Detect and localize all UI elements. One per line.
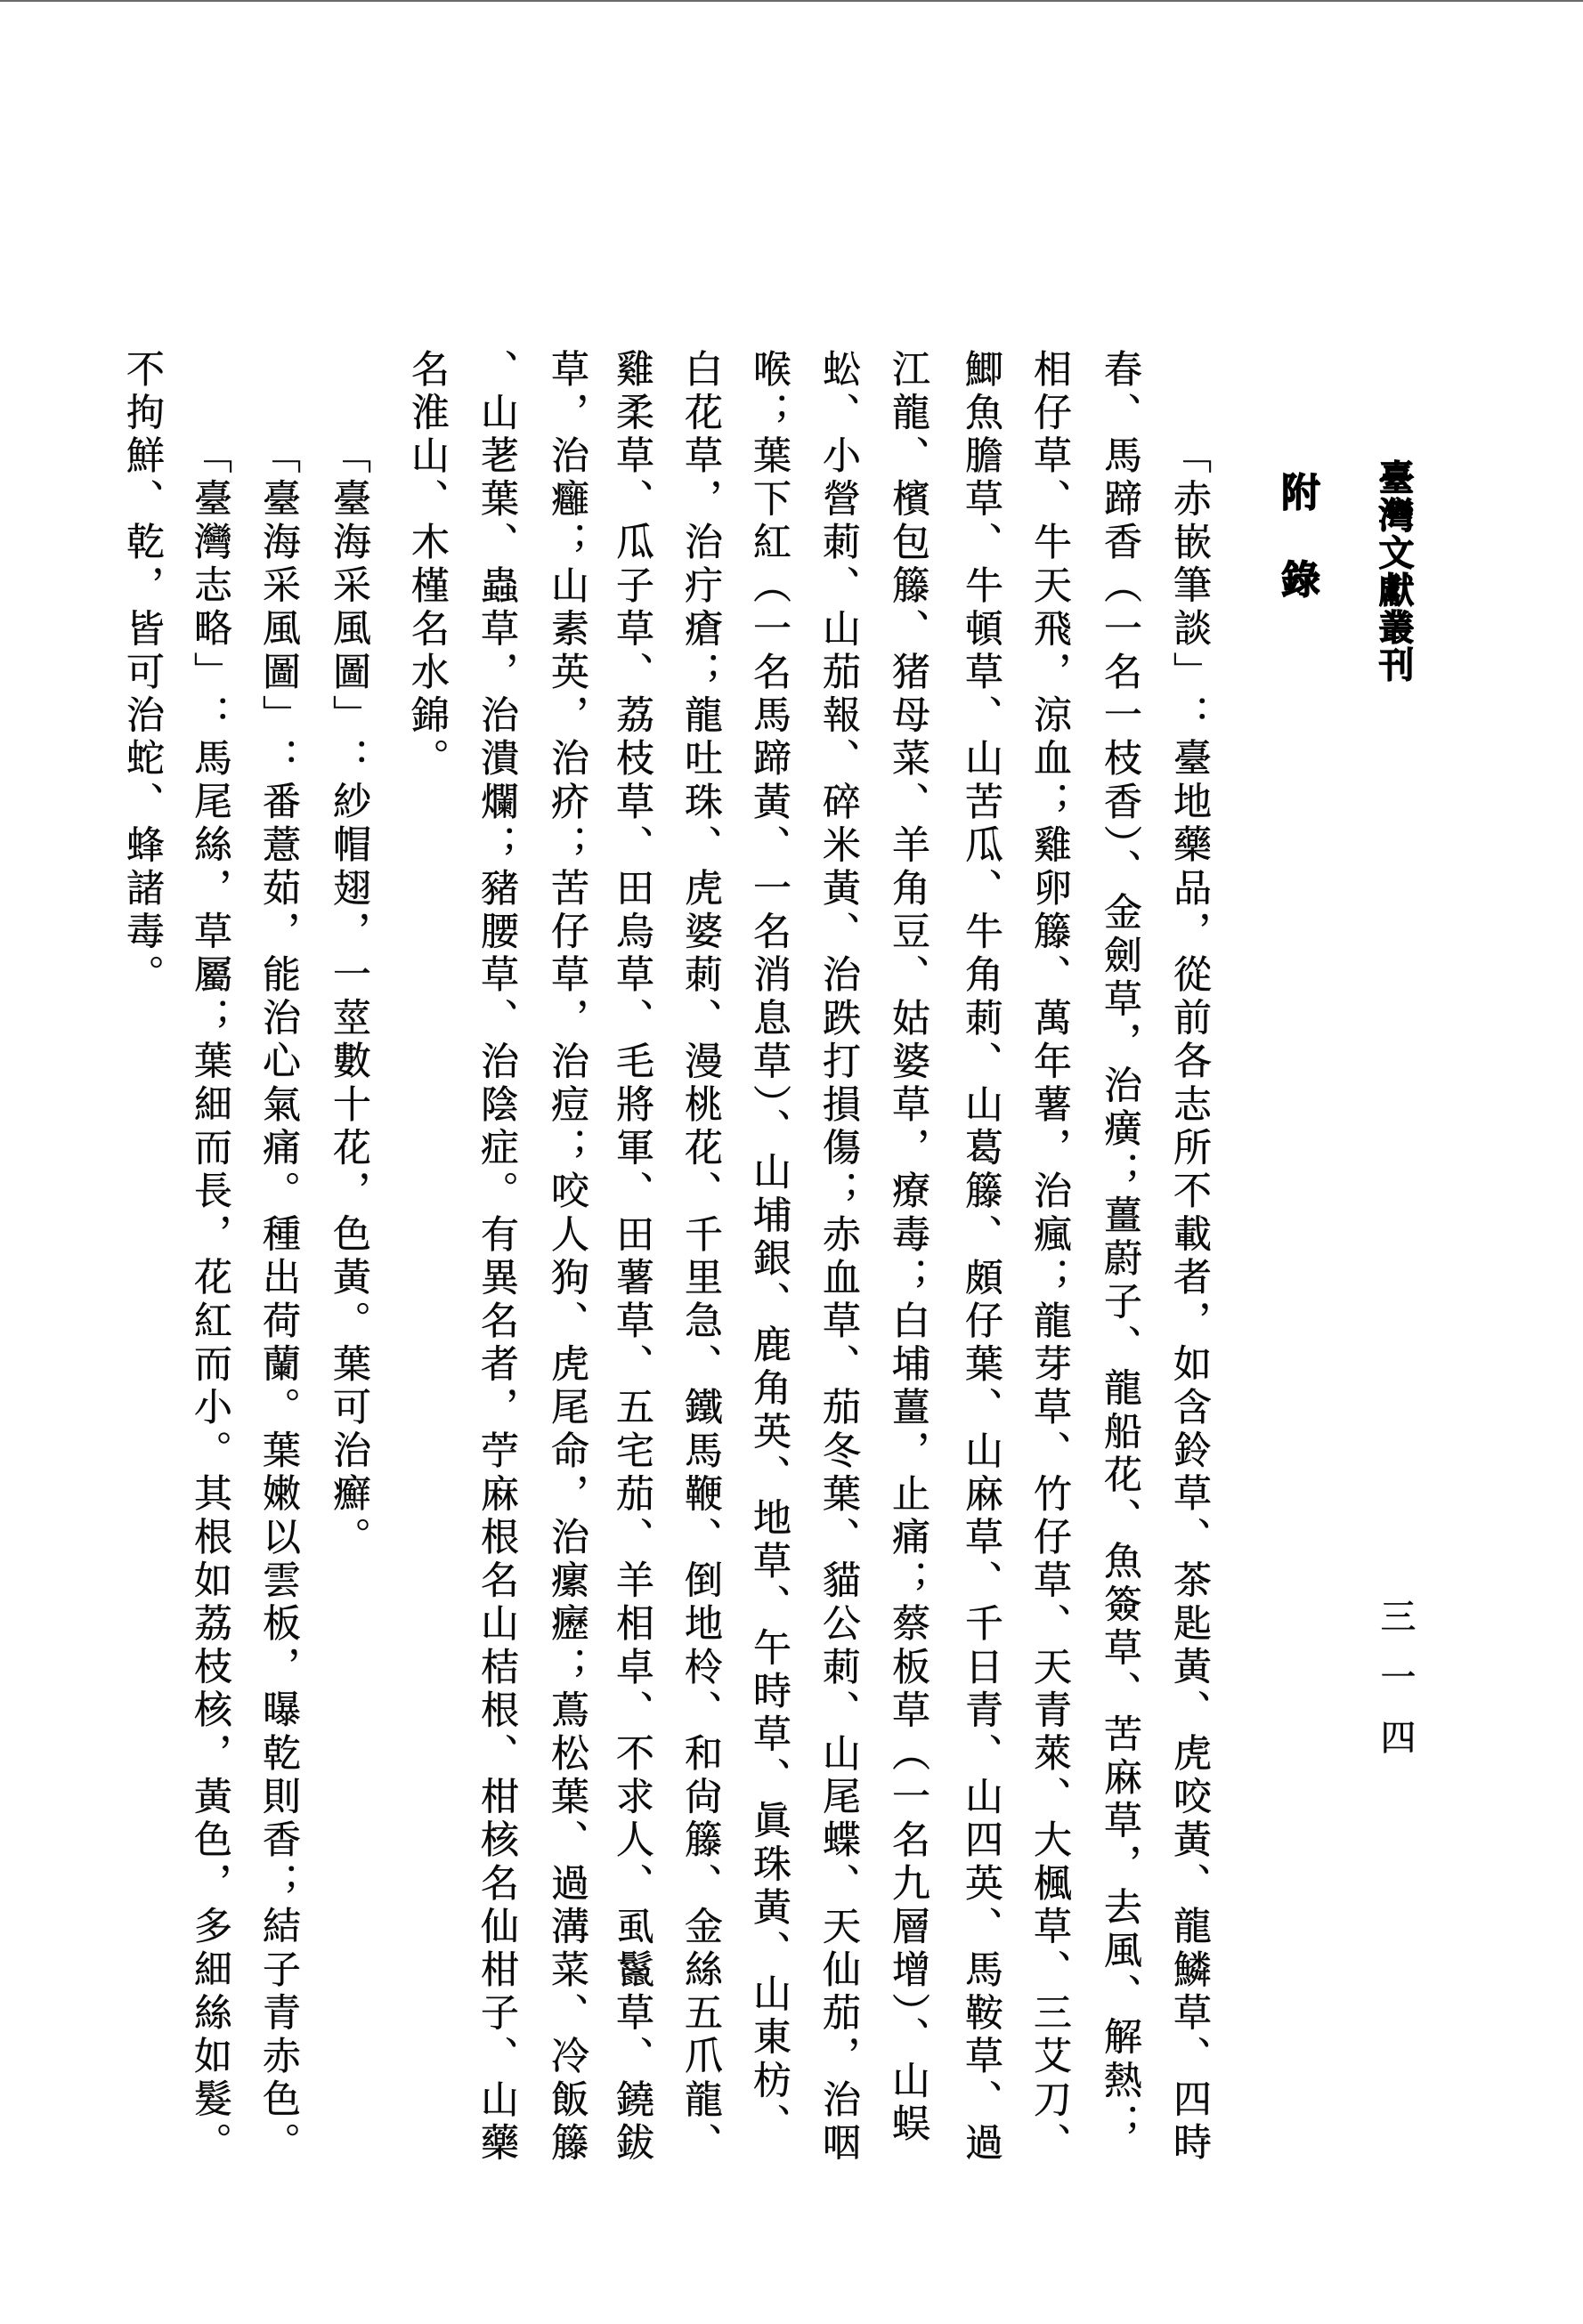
text-column: 「臺灣志略」：馬尾絲，草屬；葉細而長，花紅而小。其根如荔枝核，黃色，多細絲如髮。 bbox=[187, 435, 233, 2166]
page-number: 三一四 bbox=[1373, 1598, 1417, 1779]
text-column: 鯽魚膽草、牛頓草、山苦瓜、牛角莿、山葛籐、頗仔葉、山麻草、千日青、山四英、馬鞍草… bbox=[958, 349, 1004, 2166]
text-column: 喉；葉下紅（一名馬蹄黃、一名消息草）、山埔銀、鹿角英、地草、午時草、眞珠黃、山東… bbox=[746, 349, 792, 2147]
text-column: 草，治癰；山素英，治疥；苦仔草，治痘；咬人狗、虎尾命，治瘰癧；蔦松葉、過溝菜、冷… bbox=[544, 349, 590, 2166]
text-column: 白花草，治疔瘡；龍吐珠、虎婆莿、漫桃花、千里急、鐵馬鞭、倒地柃、和尙籐、金絲五爪… bbox=[678, 349, 724, 2166]
text-column: 「赤嵌筆談」：臺地藥品，從前各志所不載者，如含鈴草、茶匙黃、虎咬黃、龍鱗草、四時 bbox=[1166, 435, 1213, 2166]
text-column: 江龍、檳包籐、猪母菜、羊角豆、姑婆草，療毒；白埔薑，止痛；蔡板草（一名九層增）、… bbox=[885, 349, 931, 2147]
text-column: 「臺海采風圖」：紗帽翅，一莖數十花，色黃。葉可治癬。 bbox=[326, 435, 372, 1560]
text-column: 名淮山、木槿名水錦。 bbox=[404, 349, 451, 781]
text-column: 春、馬蹄香（一名一枝香）、金劍草，治癀；薑蔚子、龍船花、魚簽草、苦麻草，去風、解… bbox=[1097, 349, 1143, 2147]
page-top-edge-rule bbox=[0, 0, 1583, 2]
text-column: 相仔草、牛天飛，涼血；雞卵籐、萬年薯，治瘋；龍芽草、竹仔草、天青萊、大楓草、三艾… bbox=[1027, 349, 1073, 2166]
running-header-series-title: 臺灣文獻叢刊 bbox=[1372, 459, 1415, 684]
text-column: 蚣、小營莿、山茄報、碎米黃、治跌打損傷；赤血草、茄冬葉、貓公莿、山尾蝶、天仙茄，… bbox=[816, 349, 862, 2166]
section-title: 附錄 bbox=[1273, 472, 1319, 646]
text-column: 「臺海采風圖」：番薏茹，能治心氣痛。種出荷蘭。葉嫩以雲板，曝乾則香；結子青赤色。 bbox=[256, 435, 302, 2166]
text-column: 雞柔草、瓜子草、荔枝草、田烏草、毛將軍、田薯草、五宅茄、羊相卓、不求人、虱鬣草、… bbox=[609, 349, 655, 2166]
text-column: 不拘鮮、乾，皆可治蛇、蜂諸毒。 bbox=[119, 349, 166, 998]
text-column: 、山荖葉、蟲草，治潰爛；豬腰草、治陰症。有異名者，苧麻根名山桔根、柑核名仙柑子、… bbox=[474, 349, 520, 2166]
